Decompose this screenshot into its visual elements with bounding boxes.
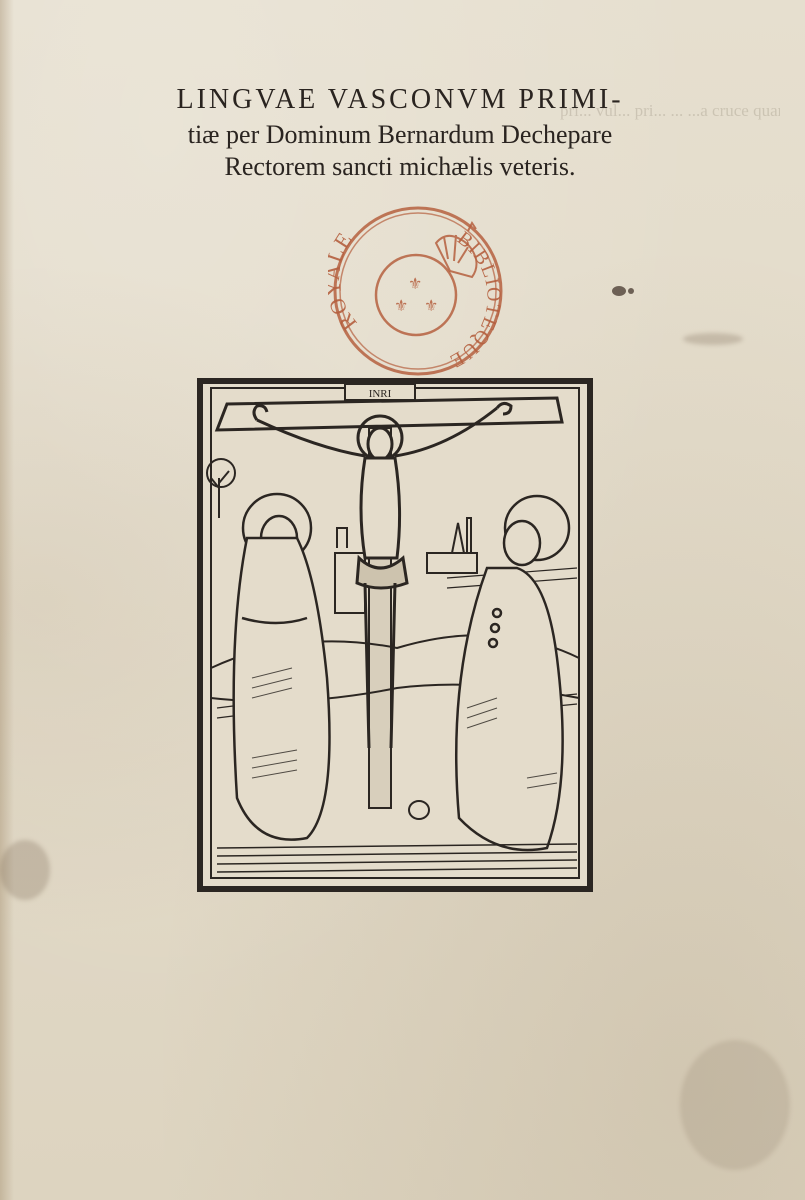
ink-spot [612, 286, 626, 296]
ink-spot [628, 288, 634, 294]
crucifixion-woodcut-illustration: INRI [197, 378, 593, 892]
bibliotheque-royale-stamp-icon: ROYALE BIBLIOTEQUE ⚜ ⚜ ⚜ [328, 203, 510, 379]
svg-text:⚜: ⚜ [408, 274, 422, 293]
titulus-inri: INRI [369, 388, 392, 400]
title-line-2: tiæ per Dominum Bernardum Dechepare [60, 120, 740, 150]
svg-text:⚜: ⚜ [394, 296, 408, 315]
svg-text:⚜: ⚜ [424, 296, 438, 315]
page-edge-shadow [0, 0, 14, 1200]
title-line-1: LINGVAE VASCONVM PRIMI- [60, 84, 740, 116]
paper-stain [680, 1040, 790, 1170]
title-line-3: Rectorem sancti michælis veteris. [60, 152, 740, 182]
paper-stain [683, 333, 743, 345]
paper-stain [0, 840, 50, 900]
book-page: pri... vul... pri... ... ...a cruce quar… [0, 0, 805, 1200]
